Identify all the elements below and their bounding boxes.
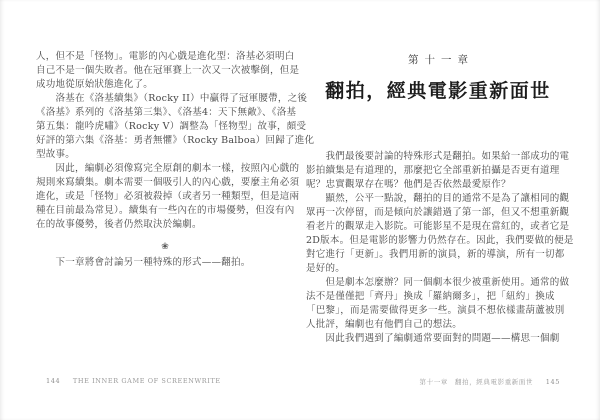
running-title-right: 第十一章 翻拍，經典電影重新面世 — [420, 378, 534, 386]
right-footer: 第十一章 翻拍，經典電影重新面世 145 — [420, 377, 561, 386]
text-line: 顯然，公平一點說，翻拍的目的通常不是為了讓相同的觀 — [306, 192, 574, 206]
text-line: 在的故事優勢，後者仍然取決於編劇。 — [36, 218, 314, 232]
text-line: 呢？忠實觀眾存在嗎？他們是否依然最愛原作？ — [306, 178, 574, 192]
text-line: 是好的。 — [306, 262, 574, 276]
text-line: 法不是僅僅把「齊丹」換成「羅納爾多」，把「紐約」換成 — [306, 290, 574, 304]
text-line: 進化，或是「怪物」必須被殺掉（或者另一種類型，但是這兩 — [36, 190, 314, 204]
chapter-number-label: 第十一章 — [306, 52, 570, 67]
text-line: 成功地從原始狀態進化了。 — [36, 78, 314, 92]
running-title-left: THE INNER GAME OF SCREENWRITE — [73, 377, 221, 385]
book-spread: 人，但不是「怪物」。電影的內心戲是進化型：洛基必須明白自己不是一個失敗者。他在冠… — [0, 0, 600, 420]
closing-paragraph: 下一章將會討論另一種特殊的形式——翻拍。 — [36, 256, 251, 270]
text-line: 《洛基》系列的《洛基第三集》、《洛基4：天下無敵》、《洛基 — [36, 106, 314, 120]
text-line: 「巴黎」，而是需要做得更多一些。演員不想依樣畫葫蘆被別 — [306, 304, 574, 318]
text-line: 因此我們遇到了編劇通常要面對的問題——構思一個劇 — [306, 332, 574, 346]
right-page-text: 我們最後要討論的特殊形式是翻拍。如果給一部成功的電影拍續集是有道理的，那麼把它全… — [306, 150, 574, 346]
text-line: 型故事。 — [36, 148, 314, 162]
text-line: 洛基在《洛基續集》（Rocky II）中贏得了冠軍腰帶，之後 — [36, 92, 314, 106]
text-line: 種在目前最為常見）。續集有一些內在的市場優勢，但沒有內 — [36, 204, 314, 218]
text-line: 影拍續集是有道理的，那麼把它全部重新拍攝是否更有道理 — [306, 164, 574, 178]
text-line: 但是劇本怎麼辦？同一個劇本很少被重新使用。通常的做 — [306, 276, 574, 290]
page-number-right: 145 — [546, 378, 560, 386]
page-number-left: 144 — [46, 377, 60, 385]
text-line: 人批評，編劇也有他們自己的想法。 — [306, 318, 574, 332]
text-line: 自己不是一個失敗者。他在冠軍賽上一次又一次被擊倒，但是 — [36, 64, 314, 78]
text-line: 因此，編劇必須像寫完全原創的劇本一樣，按照內心戲的 — [36, 162, 314, 176]
text-line: 我們最後要討論的特殊形式是翻拍。如果給一部成功的電 — [306, 150, 574, 164]
text-line: 對它進行「更新」。我們用新的演員，新的導演，所有一切都 — [306, 248, 574, 262]
text-line: 第五集：龍吟虎嘯》（Rocky V）調整為「怪物型」故事，頗受 — [36, 120, 314, 134]
text-line: 人，但不是「怪物」。電影的內心戲是進化型：洛基必須明白 — [36, 50, 314, 64]
left-footer: 144 THE INNER GAME OF SCREENWRITE — [46, 377, 221, 385]
page-right: 第十一章 翻拍，經典電影重新面世 我們最後要討論的特殊形式是翻拍。如果給一部成功… — [306, 0, 570, 420]
text-line: 看老片的觀眾走入影院。可能影星不是現在當紅的，或者它是 — [306, 220, 574, 234]
text-line: 2D版本。但是電影的影響力仍然存在。因此，我們要做的便是 — [306, 234, 574, 248]
left-page-text: 人，但不是「怪物」。電影的內心戲是進化型：洛基必須明白自己不是一個失敗者。他在冠… — [36, 50, 314, 232]
flower-ornament-icon: ❀ — [36, 240, 294, 254]
text-line: 眾再一次停留，而是傾向於讓錯過了第一部，但又不想重新觀 — [306, 206, 574, 220]
closing-line: 下一章將會討論另一種特殊的形式——翻拍。 — [36, 256, 251, 270]
text-line: 好評的第六集《洛基：勇者無懼》（Rocky Balboa）回歸了進化 — [36, 134, 314, 148]
text-line: 規則來寫續集。劇本需要一個吸引人的內心戲，要麼主角必須 — [36, 176, 314, 190]
page-left: 人，但不是「怪物」。電影的內心戲是進化型：洛基必須明白自己不是一個失敗者。他在冠… — [36, 0, 294, 420]
chapter-title: 翻拍，經典電影重新面世 — [306, 76, 570, 103]
